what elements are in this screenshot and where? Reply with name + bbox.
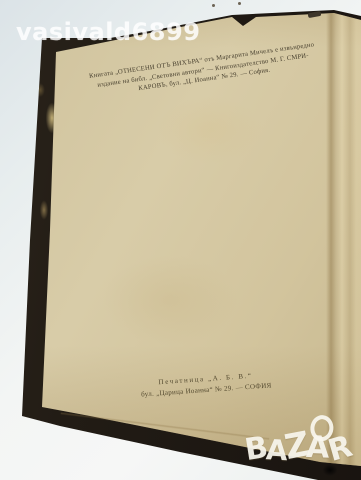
bazar-marketplace-logo: BAZAR xyxy=(244,427,352,465)
book-photo: Книгата „ОТНЕСЕНИ ОТЪ ВИХЪРА“ отъ Маргар… xyxy=(0,0,361,480)
seller-watermark: vasivald6899 xyxy=(16,18,200,46)
page-dust-speck xyxy=(238,2,241,5)
page-dust-speck xyxy=(212,4,215,7)
